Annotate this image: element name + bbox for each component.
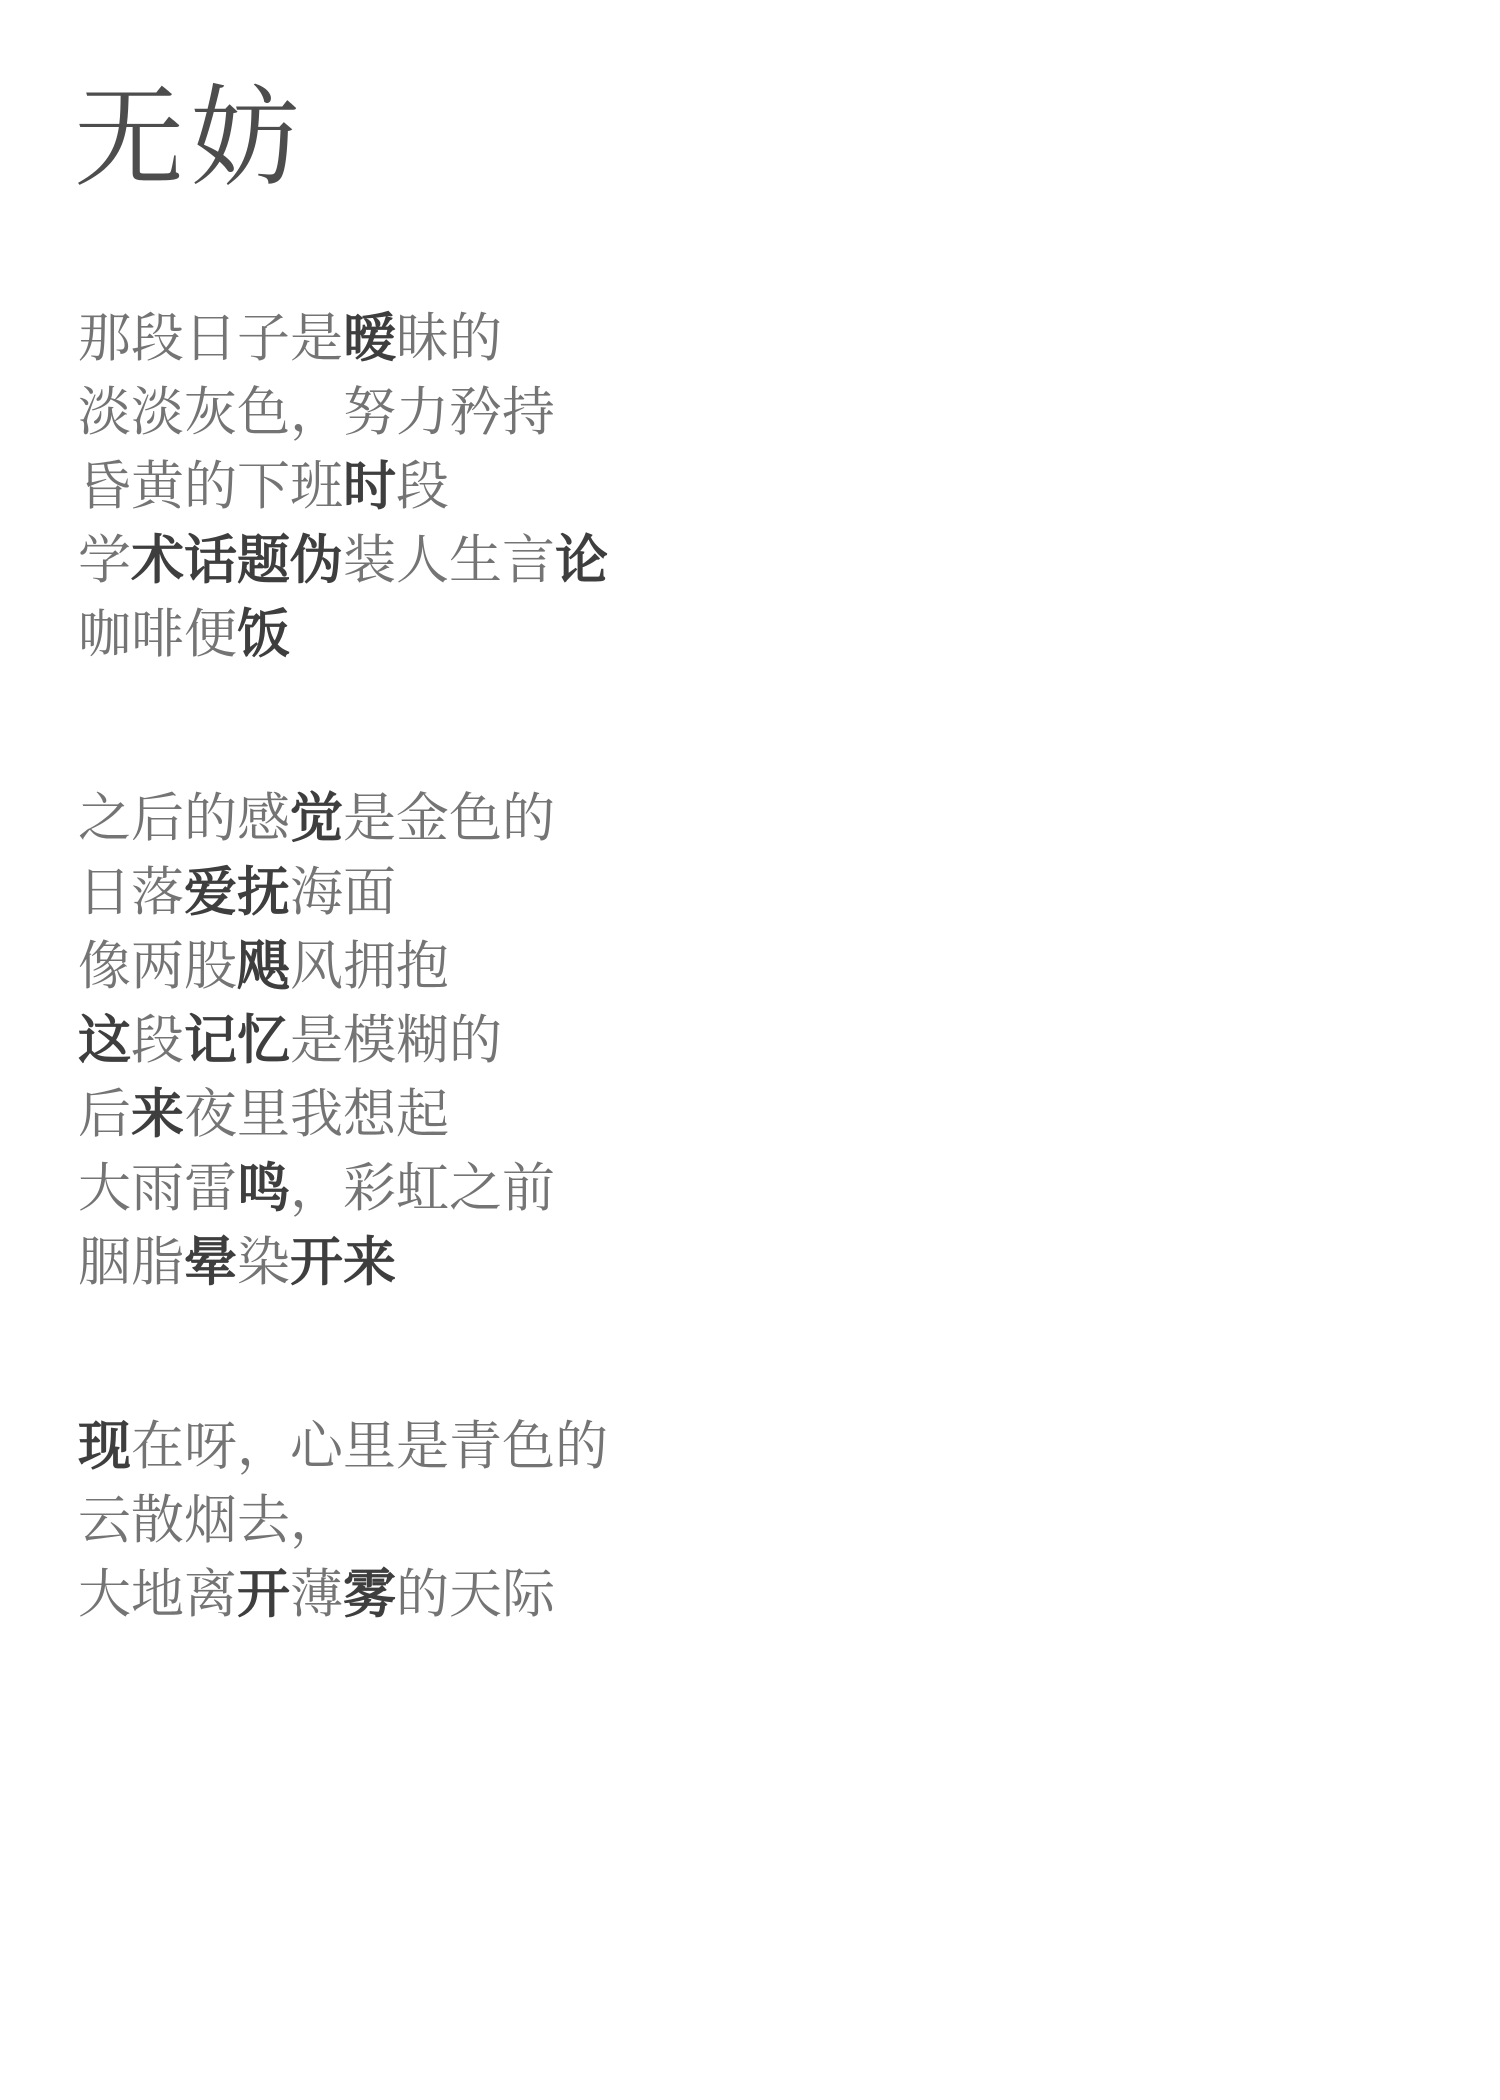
poem-page: 无妨 那段日子是暧昧的淡淡灰色，努力矜持昏黄的下班时段学术话题伪装人生言论咖啡便… xyxy=(0,0,1500,2100)
text-segment-emphasis: 雾 xyxy=(343,1565,396,1624)
poem-line: 日落爱抚海面 xyxy=(78,856,608,930)
poem-line: 昏黄的下班时段 xyxy=(78,450,608,524)
text-segment-emphasis: 暧 xyxy=(343,309,396,368)
text-segment: 薄 xyxy=(290,1565,343,1624)
text-segment: 是模糊的 xyxy=(290,1011,502,1070)
text-segment: 咖啡便 xyxy=(78,605,237,664)
poem-line: 咖啡便饭 xyxy=(78,598,608,672)
poem-line: 大地离开薄雾的天际 xyxy=(78,1558,608,1632)
text-segment: 学 xyxy=(78,531,131,590)
text-segment: 是金色的 xyxy=(343,789,555,848)
text-segment-emphasis: 晕 xyxy=(184,1233,237,1292)
text-segment-emphasis: 来 xyxy=(131,1085,184,1144)
text-segment: 胭脂 xyxy=(78,1233,184,1292)
text-segment: 那段日子是 xyxy=(78,309,343,368)
text-segment-emphasis: 饭 xyxy=(237,605,290,664)
text-segment-emphasis: 论 xyxy=(555,531,608,590)
text-segment-emphasis: 鸣 xyxy=(237,1159,290,1218)
text-segment: 云散烟去， xyxy=(78,1491,343,1550)
poem-line: 学术话题伪装人生言论 xyxy=(78,524,608,598)
text-segment: 段 xyxy=(131,1011,184,1070)
text-segment: 装人生言 xyxy=(343,531,555,590)
text-segment: 夜里我想起 xyxy=(184,1085,449,1144)
text-segment: 淡淡灰色，努力矜持 xyxy=(78,383,555,442)
text-segment: 在呀，心里是青色的 xyxy=(131,1417,608,1476)
text-segment: ，彩虹之前 xyxy=(290,1159,555,1218)
poem-line: 这段记忆是模糊的 xyxy=(78,1004,608,1078)
poem-line: 现在呀，心里是青色的 xyxy=(78,1410,608,1484)
poem-line: 云散烟去， xyxy=(78,1484,608,1558)
text-segment: 之后的感 xyxy=(78,789,290,848)
stanza-2: 之后的感觉是金色的日落爱抚海面像两股飓风拥抱这段记忆是模糊的后来夜里我想起大雨雷… xyxy=(78,782,608,1300)
text-segment-emphasis: 觉 xyxy=(290,789,343,848)
text-segment: 昧的 xyxy=(396,309,502,368)
text-segment: 日落 xyxy=(78,863,184,922)
stanza-3: 现在呀，心里是青色的云散烟去，大地离开薄雾的天际 xyxy=(78,1410,608,1632)
text-segment-emphasis: 爱抚 xyxy=(184,863,290,922)
poem-line: 胭脂晕染开来 xyxy=(78,1226,608,1300)
text-segment: 染 xyxy=(237,1233,290,1292)
text-segment-emphasis: 开 xyxy=(237,1565,290,1624)
poem-line: 那段日子是暧昧的 xyxy=(78,302,608,376)
poem-line: 像两股飓风拥抱 xyxy=(78,930,608,1004)
text-segment-emphasis: 记忆 xyxy=(184,1011,290,1070)
poem-body: 那段日子是暧昧的淡淡灰色，努力矜持昏黄的下班时段学术话题伪装人生言论咖啡便饭之后… xyxy=(78,302,608,1742)
poem-line: 之后的感觉是金色的 xyxy=(78,782,608,856)
stanza-1: 那段日子是暧昧的淡淡灰色，努力矜持昏黄的下班时段学术话题伪装人生言论咖啡便饭 xyxy=(78,302,608,672)
text-segment-emphasis: 这 xyxy=(78,1011,131,1070)
text-segment: 风拥抱 xyxy=(290,937,449,996)
text-segment: 的天际 xyxy=(396,1565,555,1624)
text-segment: 大地离 xyxy=(78,1565,237,1624)
text-segment: 大雨雷 xyxy=(78,1159,237,1218)
text-segment: 昏黄的下班 xyxy=(78,457,343,516)
text-segment: 段 xyxy=(396,457,449,516)
poem-title: 无妨 xyxy=(74,76,306,203)
text-segment: 像两股 xyxy=(78,937,237,996)
poem-line: 大雨雷鸣，彩虹之前 xyxy=(78,1152,608,1226)
text-segment-emphasis: 开来 xyxy=(290,1233,396,1292)
poem-line: 淡淡灰色，努力矜持 xyxy=(78,376,608,450)
poem-line: 后来夜里我想起 xyxy=(78,1078,608,1152)
text-segment: 海面 xyxy=(290,863,396,922)
text-segment-emphasis: 时 xyxy=(343,457,396,516)
text-segment-emphasis: 现 xyxy=(78,1417,131,1476)
text-segment: 后 xyxy=(78,1085,131,1144)
text-segment-emphasis: 术话题伪 xyxy=(131,531,343,590)
text-segment-emphasis: 飓 xyxy=(237,937,290,996)
